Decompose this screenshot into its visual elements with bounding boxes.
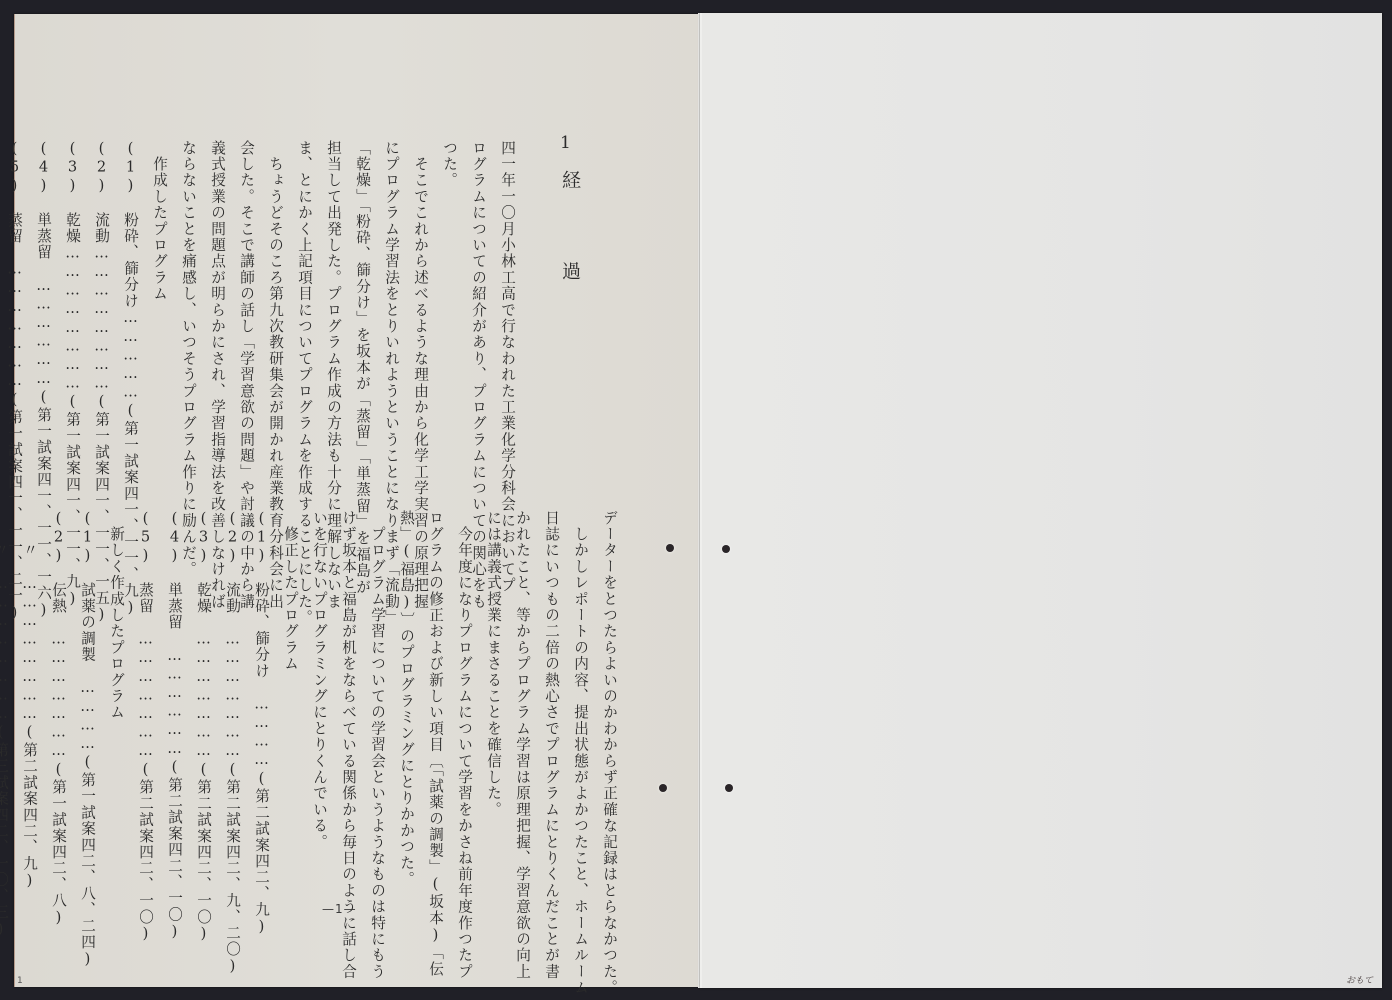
text-column: プログラム学習についての学習会というようなものは特にもう [363, 510, 392, 880]
text-column: データーをとつたらよいのかわからず正確な記録はとらなかつた。 [595, 510, 624, 880]
text-column: (5) 蒸留 …………………(第一試案四一、一一、二一) [0, 140, 29, 500]
text-column: (2) 流動 …………………(第二試案四二、九、二〇) [218, 510, 247, 880]
text-column: しかしレポートの内容、提出状態がよかつたこと、ホームルーム [566, 510, 595, 880]
text-column: 「乾燥」「粉砕、篩分け」を坂本が「蒸留」「単蒸留」を福島が [348, 140, 377, 500]
text-column: ログラムについての紹介があり、プログラムについての関心をも [464, 140, 493, 500]
text-column: 会した。そこで講師の話し「学習意欲の問題」や討議の中から講 [232, 140, 261, 500]
text-column: (1) 粉砕、篩分け …………(第二試案四二、九) [247, 510, 276, 880]
text-column: (4) 単蒸留 ………………(第二試案四二、一〇) [160, 510, 189, 880]
text-column: 〃 ……………………(第三試案四二、一〇、三) [0, 510, 15, 880]
upper-text-block: 四一年一〇月小林工高で行なわれた工業化学分科会においてプログラムについての紹介が… [0, 140, 522, 500]
text-column: には講義式授業にまさることを確信した。 [479, 510, 508, 880]
text-column: (5) 蒸留 …………………(第二試案四二、一〇) [131, 510, 160, 880]
section-title: 経過 [557, 170, 584, 352]
text-column: 作成したプログラム [145, 140, 174, 500]
binding-hole [722, 545, 730, 553]
text-column: けず坂本と福島が机をならべている関係から毎日のように話し合 [334, 510, 363, 880]
text-column: (3) 乾燥……………………(第一試案四一、一一、九) [58, 140, 87, 500]
text-column: (4) 単蒸留 ………………(第一試案四一、一一、一六) [29, 140, 58, 500]
text-column: (1) 粉砕、篩分け……………(第一試案四一、一一、九) [116, 140, 145, 500]
text-column: (3) 乾燥 …………………(第二試案四二、一〇) [189, 510, 218, 880]
text-column: 〃 ……………………(第二試案四二、九) [15, 510, 44, 880]
text-column: 日誌にいつもの二倍の熱心さでプログラムにとりくんだことが書 [537, 510, 566, 880]
binding-hole [725, 784, 733, 792]
text-column: ならないことを痛感し、いつそうプログラム作りに励んだ。 [174, 140, 203, 500]
text-column: 担当して出発した。プログラム作成の方法も十分に理解しないま [319, 140, 348, 500]
text-column: (2) 流動……………………(第一試案四一、一一、一五) [87, 140, 116, 500]
text-column: 新しく作成したプログラム [102, 510, 131, 880]
text-column: (1) 試薬の調製 …………(第一試案四二、八、二四) [73, 510, 102, 880]
binding-hole [659, 784, 667, 792]
lower-text-block: データーをとつたらよいのかわからず正確な記録はとらなかつた。 しかしレポートの内… [0, 510, 624, 880]
text-column: 義式授業の問題点が明らかにされ、学習指導法を改善しなければ [203, 140, 232, 500]
text-column: にプログラム学習法をとりいれようということになりまず「流動」 [377, 140, 406, 500]
text-column: ログラムの修正および新しい項目〔「試薬の調製」(坂本)「伝 [421, 510, 450, 880]
text-column: 修正したプログラム [276, 510, 305, 880]
text-column: かれたこと、等からプログラム学習は原理把握、学習意欲の向上 [508, 510, 537, 880]
text-column: ま、とにかく上記項目についてプログラムを作成することにした。 [290, 140, 319, 500]
text-column: いを行ないプログラミングにとりくんでいる。 [305, 510, 334, 880]
text-column: 四一年一〇月小林工高で行なわれた工業化学分科会においてプ [493, 140, 522, 500]
binding-hole [666, 544, 674, 552]
corner-mark: おもて [1346, 973, 1373, 986]
scan-background: 1 経過 四一年一〇月小林工高で行なわれた工業化学分科会においてプログラムについ… [0, 0, 1392, 1000]
text-column: つた。 [435, 140, 464, 500]
text-column: (2) 伝熱 …………………(第一試案四二、八) [44, 510, 73, 880]
text-column: ちょうどそのころ第九次教研集会が開かれ産業教育分科会に出 [261, 140, 290, 500]
edge-mark: 1 [17, 976, 23, 986]
text-column: 熱」(福島)〕のプログラミングにとりかかつた。 [392, 510, 421, 880]
right-page [700, 13, 1382, 988]
page-number: —1— [322, 902, 357, 916]
text-column: 今年度になりプログラムについて学習をかさね前年度作つたプ [450, 510, 479, 880]
section-number: 1 [560, 133, 571, 153]
text-column: そこでこれから述べるような理由から化学工学実習の原理把握 [406, 140, 435, 500]
